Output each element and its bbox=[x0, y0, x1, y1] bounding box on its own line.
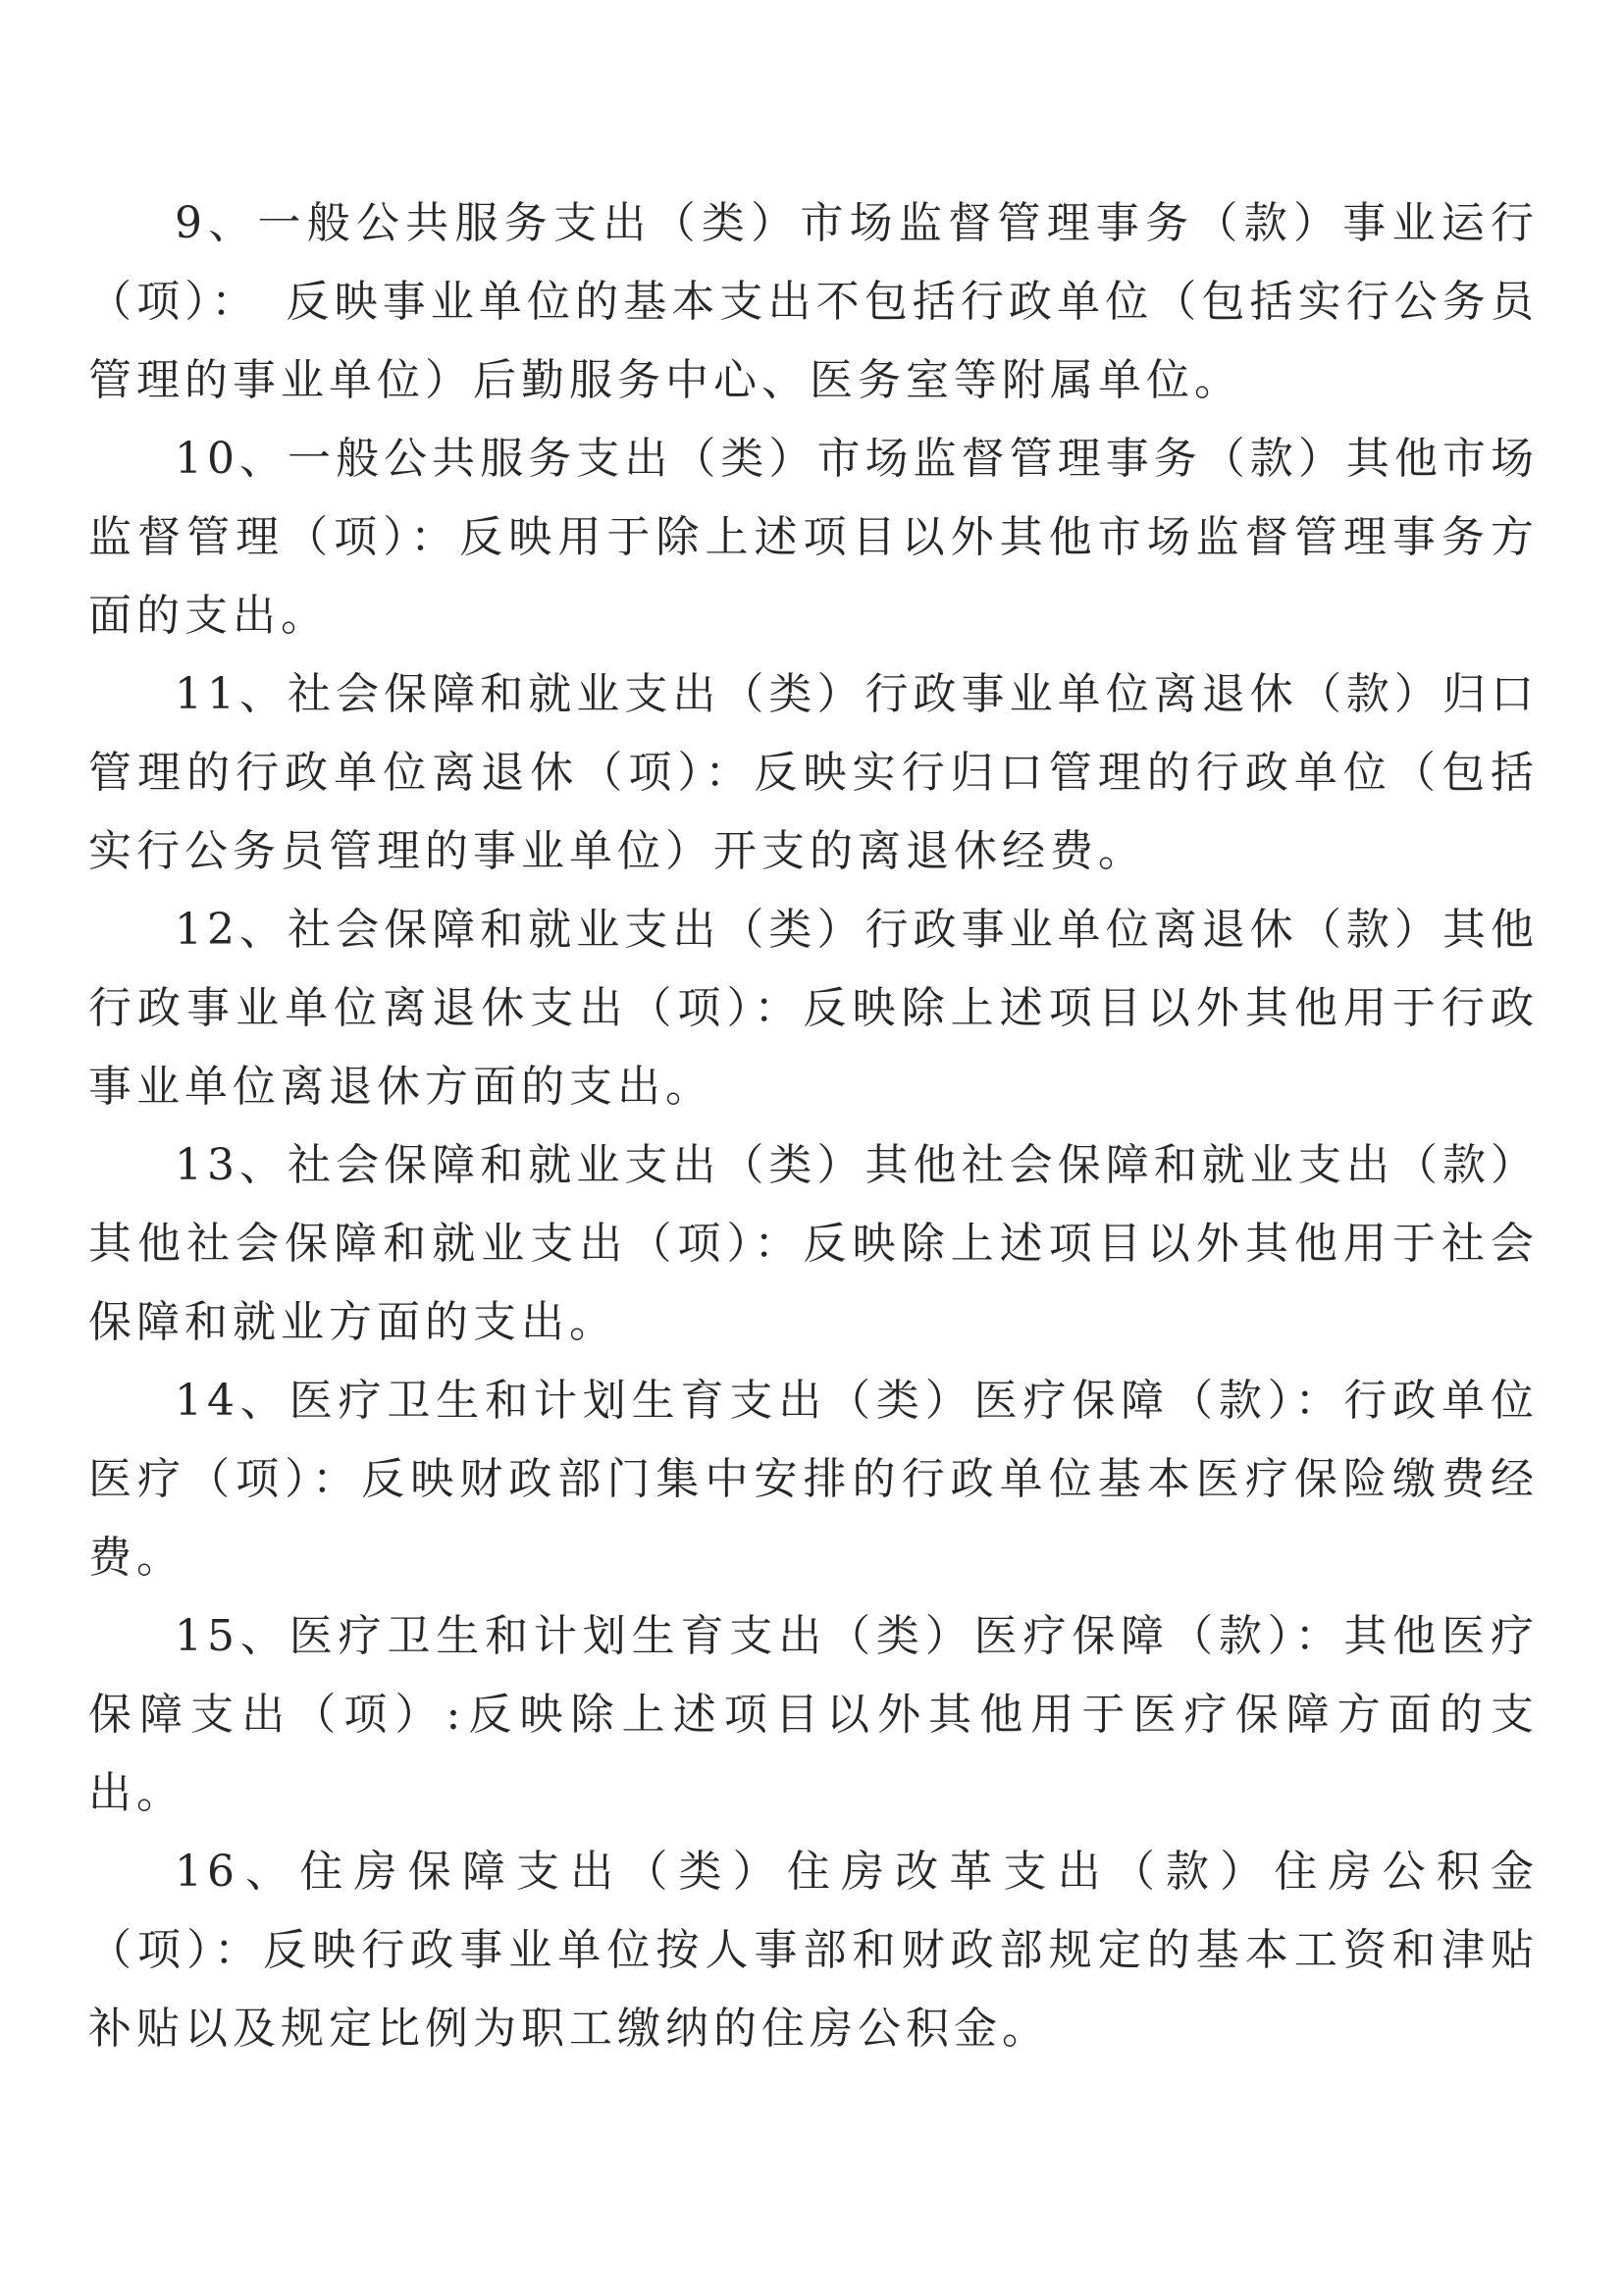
paragraph-item-9: 9、一般公共服务支出（类）市场监督管理事务（款）事业运行（项）： 反映事业单位的… bbox=[88, 184, 1539, 420]
paragraph-item-10: 10、一般公共服务支出（类）市场监督管理事务（款）其他市场监督管理（项）：反映用… bbox=[88, 420, 1539, 655]
paragraph-item-12: 12、社会保障和就业支出（类）行政事业单位离退休（款）其他行政事业单位离退休支出… bbox=[88, 891, 1539, 1126]
paragraph-item-13: 13、社会保障和就业支出（类）其他社会保障和就业支出（款）其他社会保障和就业支出… bbox=[88, 1126, 1539, 1362]
paragraph-item-15: 15、医疗卫生和计划生育支出（类）医疗保障（款）：其他医疗保障支出（项）:反映除… bbox=[88, 1597, 1539, 1833]
document-page: 9、一般公共服务支出（类）市场监督管理事务（款）事业运行（项）： 反映事业单位的… bbox=[0, 0, 1624, 2295]
paragraph-item-16: 16、住房保障支出（类）住房改革支出（款）住房公积金（项）：反映行政事业单位按人… bbox=[88, 1833, 1539, 2068]
document-text-block: 9、一般公共服务支出（类）市场监督管理事务（款）事业运行（项）： 反映事业单位的… bbox=[88, 184, 1539, 2068]
paragraph-item-11: 11、社会保障和就业支出（类）行政事业单位离退休（款）归口管理的行政单位离退休（… bbox=[88, 655, 1539, 891]
paragraph-item-14: 14、医疗卫生和计划生育支出（类）医疗保障（款）：行政单位医疗（项）：反映财政部… bbox=[88, 1362, 1539, 1597]
